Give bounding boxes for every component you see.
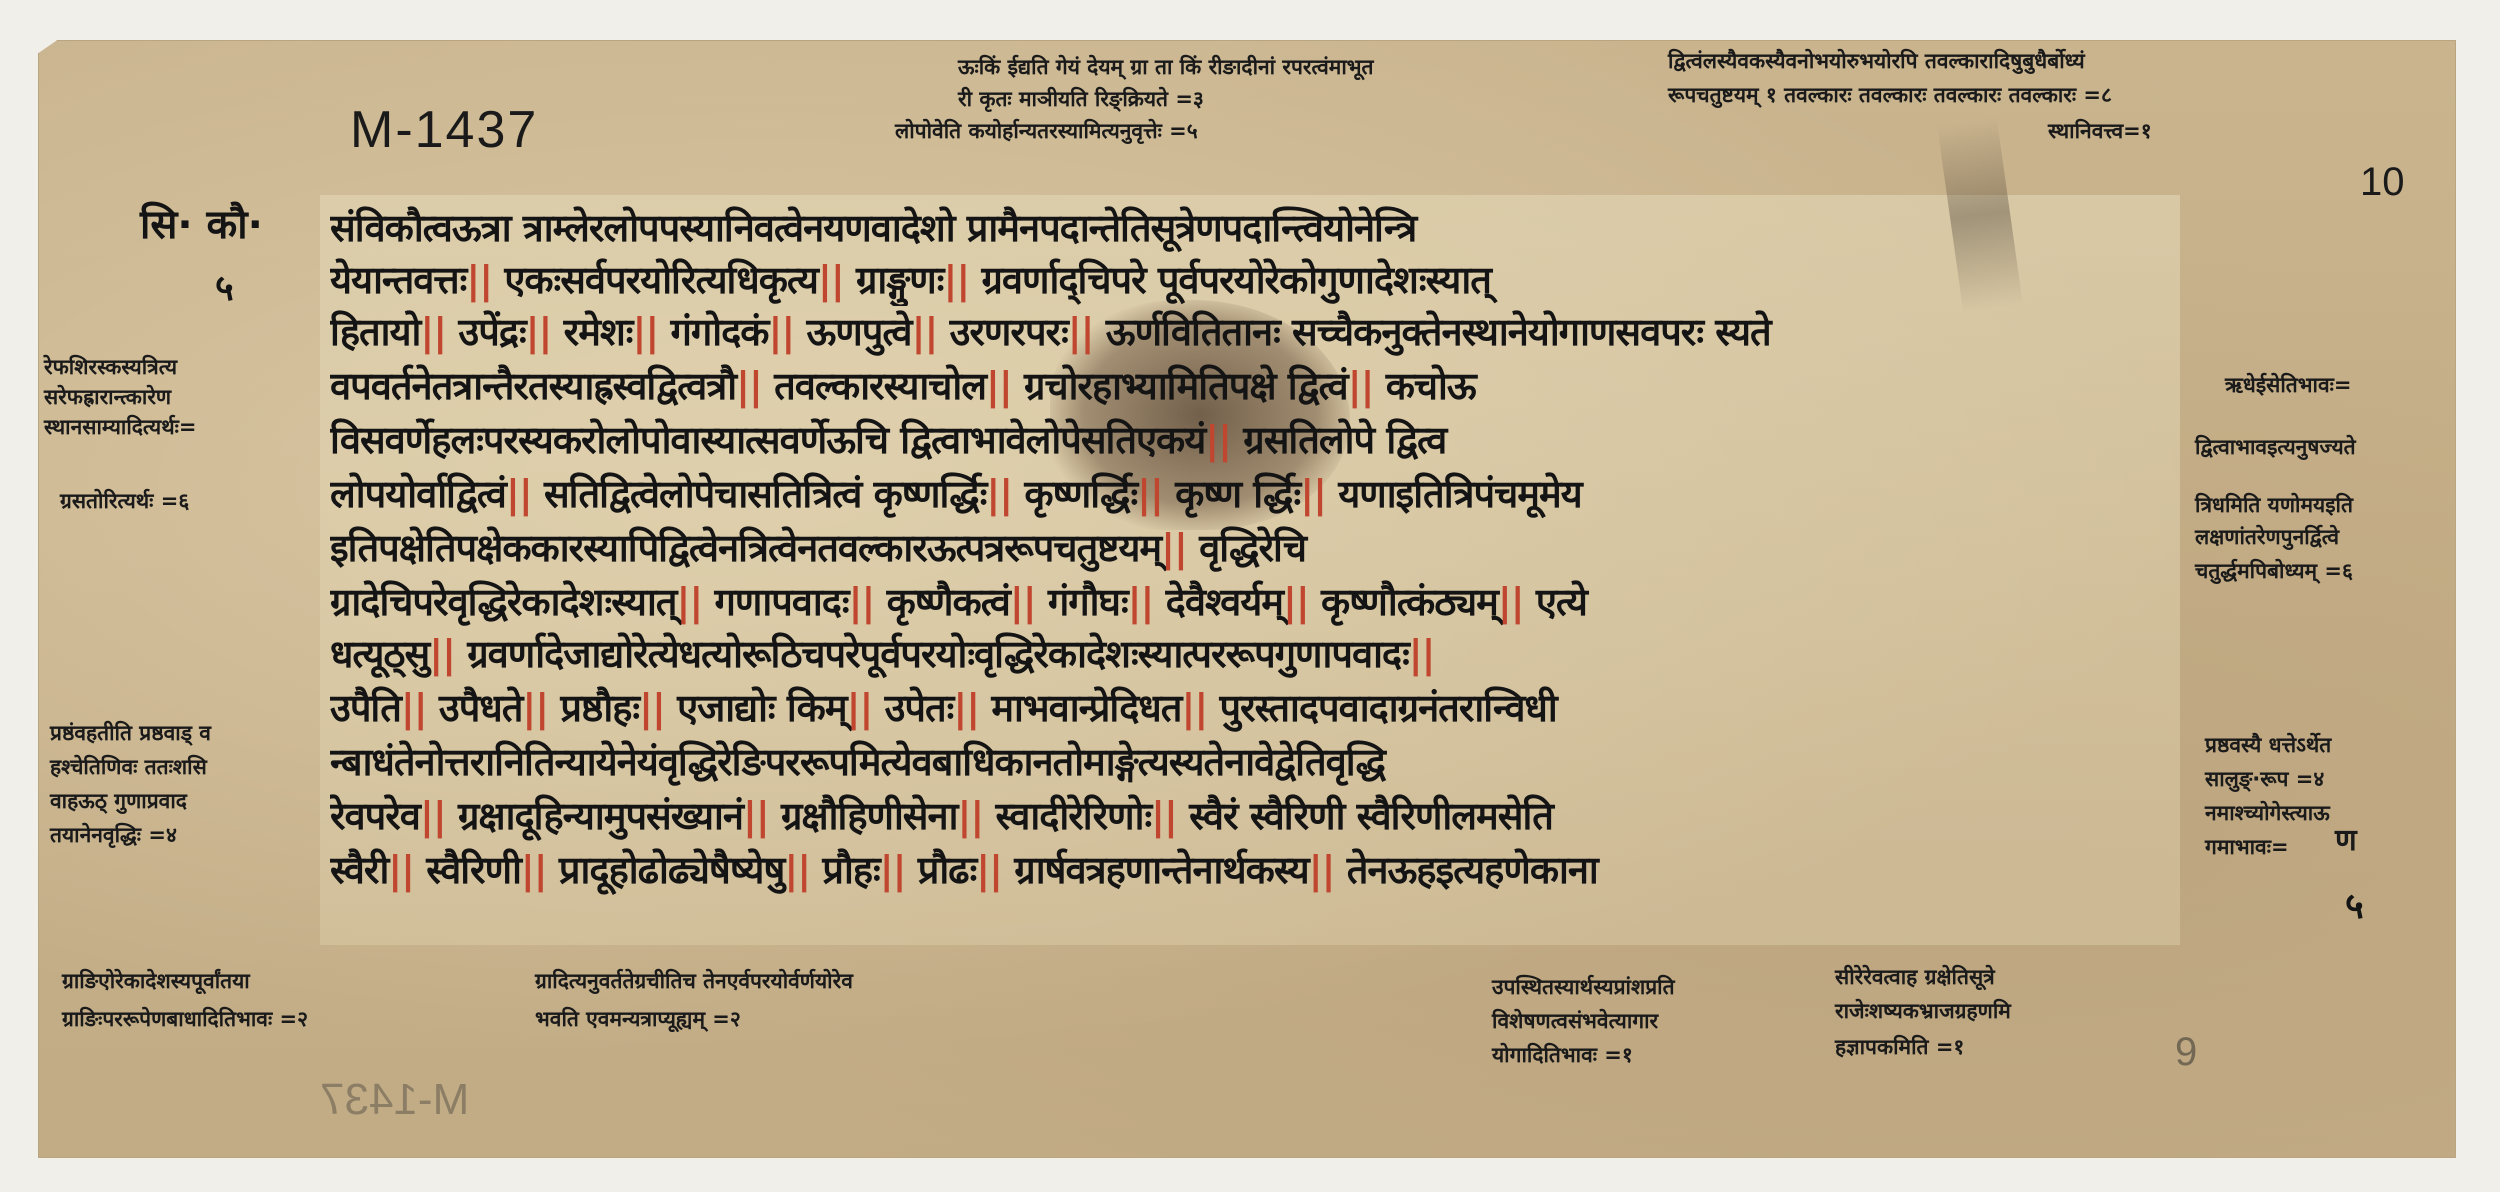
left-gloss-1-line-2: सरेफह्रारान्त्कारेण (44, 382, 171, 412)
top-right-gloss-line-1: द्वित्वंलस्यैवकस्यैवनोभयोरुभयोरपि तवल्का… (1668, 46, 2085, 76)
left-gloss-1-line-3: स्थानसाम्यादित्यर्थः= (44, 412, 196, 442)
right-gloss-2-line-2: त्रिधमिति यणोमयइति (2195, 490, 2353, 520)
main-text-line-7: इतिपक्षेतिपक्षेककारस्यापिद्वित्वेनत्रित्… (330, 522, 2190, 574)
right-gloss-3-line-4: गमाभावः= (2205, 832, 2289, 862)
top-center-gloss-line-3: लोपोवेति कयोर्हान्यतरस्यामित्यनुवृत्तेः … (895, 116, 1198, 146)
bottom-center-left-gloss-line-2: भवति एवमन्यत्राप्यूह्यम् =२ (535, 1004, 741, 1034)
main-text-line-12: रेवपरेव|| ग्रक्षादूहिन्यामुपसंख्यानं|| ग… (330, 790, 2190, 842)
bottom-right-gloss-line-3: हज्ञापकमिति =१ (1835, 1032, 1964, 1062)
left-gloss-3-line-3: वाहऊठ् गुणाप्रवाद (50, 786, 187, 816)
right-gloss-3-line-2: सालुङ्·रूप =४ (2205, 764, 2324, 794)
top-center-gloss-line-1: ऊःकिं ईद्यति गेयं देयम् ग्रा ता किं रीङा… (958, 52, 1374, 82)
shelfmark-label: M-1437 (350, 100, 538, 160)
right-gloss-3-line-3: नमाश्च्योगेस्त्याऊ (2205, 798, 2330, 828)
right-gloss-3-mark: ण (2335, 826, 2357, 856)
left-gloss-3-line-2: हश्चेतिणिवः ततःशसि (50, 752, 207, 782)
bottom-center-left-gloss-line-1: ग्रादित्यनुवर्ततेग्रचीतिच तेनएर्वपरयोर्व… (535, 966, 853, 996)
left-gloss-1-line-1: रेफशिरस्कस्यत्रित्य (44, 352, 177, 382)
main-text-line-6: लोपयोर्वाद्वित्वं|| सतिद्वित्वेलोपेचासति… (330, 468, 2190, 520)
top-right-gloss-line-3: स्थानिवत्त्व=१ (2048, 116, 2152, 146)
left-gloss-2: ग्रसतोरित्यर्थः =६ (60, 486, 189, 516)
margin-folio-number-left: ५ (215, 262, 234, 311)
left-gloss-3-line-1: प्रष्ठंवहतीति प्रष्ठवाड् व (50, 718, 211, 748)
main-text-line-11: न्बाधंतेनोत्तरानितिन्यायेनेयंवृद्धिरेङिप… (330, 736, 2190, 788)
main-text-line-10: उपैति|| उपैधते|| प्रष्ठौहः|| एजाद्योः कि… (330, 682, 2190, 734)
top-right-gloss-line-2: रूपचतुष्टयम् १ तवल्कारः तवल्कारः तवल्कार… (1668, 80, 2112, 110)
bottom-right-gloss-line-1: सीरेरेवत्वाह ग्रक्षेतिसूत्रे (1835, 962, 1995, 992)
right-gloss-2-line-4: चतुर्द्धमपिबोध्यम् =६ (2195, 556, 2353, 586)
right-gloss-2-line-1: द्वित्वाभावइत्यनुषज्यते (2195, 432, 2356, 462)
folio-number-bleed: 9 (2175, 1030, 2197, 1075)
main-text-line-9: धत्यूठ्सु|| ग्रवर्णादेजाद्योरेत्येधत्योर… (330, 628, 2190, 680)
margin-title-abbreviation: सि· कौ· (140, 195, 263, 250)
main-text-line-13: स्वैरी|| स्वैरिणी|| प्रादूहोढोढ्येषैष्ये… (330, 844, 2190, 896)
bottom-right-gloss-line-2: राजेःशष्यकभ्राजग्रहणमि (1835, 996, 2011, 1026)
bottom-left-gloss-line-1: ग्राङिएोरेकादेशस्यपूर्वांतया (62, 966, 250, 996)
main-text-line-1: संविकौत्वऊत्रा त्राम्लेरलोपपस्यानिवत्वेन… (330, 202, 2190, 254)
top-center-gloss-line-2: री कृतः माञीयति रिङ्क्रियते =३ (958, 84, 1204, 114)
main-text-line-4: वपवर्तनेतत्रान्तैरतस्याह्रस्वद्वित्वत्रौ… (330, 360, 2190, 412)
shelfmark-bleed-through: M-1437 (320, 1075, 469, 1125)
main-text-line-3: हितायो|| उपेंद्रः|| रमेशः|| गंगोदकं|| ऊण… (330, 306, 2190, 358)
right-gloss-1: ऋधेईसेतिभावः= (2225, 370, 2351, 400)
main-text-line-8: ग्रादेचिपरेवृद्धिरेकादेशःस्यात्|| गणापवा… (330, 576, 2190, 628)
folio-number: 10 (2360, 160, 2405, 205)
bottom-left-gloss-line-2: ग्राङिःपररूपेणबाधादितिभावः =२ (62, 1004, 308, 1034)
bottom-center-right-gloss-line-2: विशेषणत्वसंभवेत्यागार (1492, 1006, 1658, 1036)
main-text-line-5: विसवर्णेहलःपरस्यकरोलोपोवास्यात्सवर्णेऊचि… (330, 414, 2190, 466)
right-gloss-3-line-1: प्रष्ठवस्यै धत्तेऽर्थेत (2205, 730, 2331, 760)
main-text-line-2: येयान्तवत्तः|| एकःसर्वपरयोरित्यधिकृत्य||… (330, 254, 2190, 306)
bottom-center-right-gloss-line-1: उपस्थितस्यार्थस्यप्रांशप्रति (1492, 972, 1675, 1002)
bottom-center-right-gloss-line-3: योगादितिभावः =१ (1492, 1040, 1633, 1070)
left-gloss-3-line-4: तयानेनवृद्धिः =४ (50, 820, 177, 850)
right-gloss-2-line-3: लक्षणांतरेणपुनर्द्वित्वे (2195, 522, 2339, 552)
margin-folio-number-right: ५ (2345, 880, 2364, 929)
